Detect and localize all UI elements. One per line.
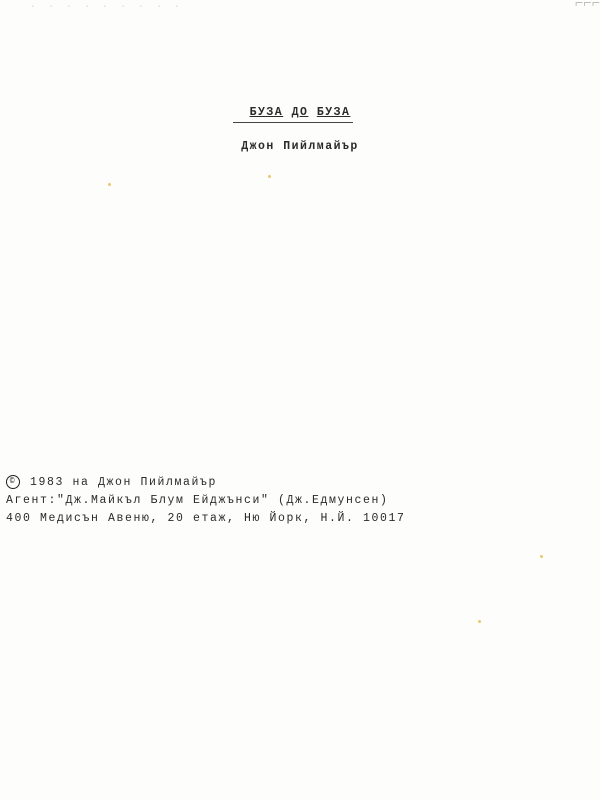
copyright-block: ©1983 на Джон Пийлмайър Агент:"Дж.Майкъл… [6, 474, 406, 528]
scan-speck [268, 175, 271, 178]
title-word-1: БУЗА [250, 106, 284, 119]
scan-speck [540, 555, 543, 558]
struck-out-line [233, 122, 353, 123]
address-line: 400 Медисън Авеню, 20 етаж, Ню Йорк, Н.Й… [6, 510, 406, 528]
scan-speck [478, 620, 481, 623]
title-word-3: БУЗА [317, 106, 351, 119]
scan-corner-mark: ⌐⌐⌐ [575, 0, 600, 12]
scan-artifact-text: · · · · · · · · · [30, 2, 183, 13]
copyright-line-1: ©1983 на Джон Пийлмайър [6, 474, 406, 492]
author-name: Джон Пийлмайър [0, 140, 600, 153]
title-word-2: ДО [292, 106, 309, 119]
document-title: БУЗА ДО БУЗА [0, 106, 600, 119]
scan-speck [108, 183, 111, 186]
copyright-text: 1983 на Джон Пийлмайър [30, 476, 217, 489]
agent-line: Агент:"Дж.Майкъл Блум Ейджънси" (Дж.Едму… [6, 492, 406, 510]
copyright-icon: © [6, 475, 20, 489]
